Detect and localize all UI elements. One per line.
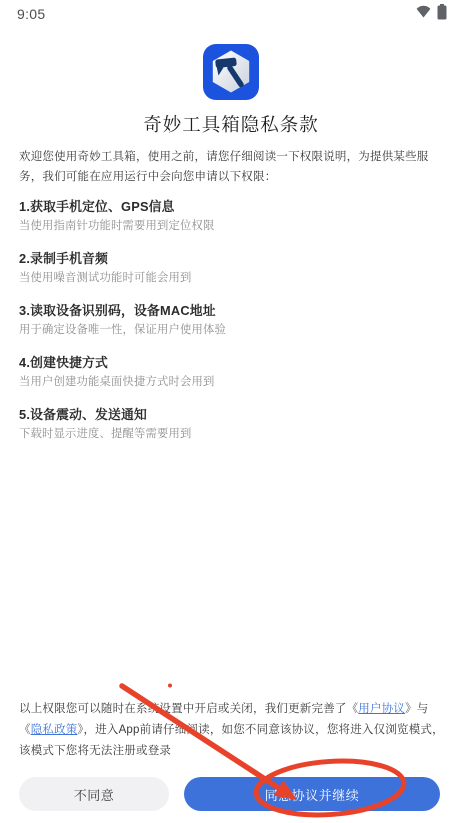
permission-desc: 当使用指南针功能时需要用到定位权限 xyxy=(19,217,447,236)
privacy-policy-link[interactable]: 隐私政策 xyxy=(31,724,78,736)
intro-text: 欢迎您使用奇妙工具箱，使用之前，请您仔细阅读一下权限说明，为提供某些服务，我们可… xyxy=(19,147,447,187)
permission-title: 5.设备震动、发送通知 xyxy=(19,405,447,425)
permission-item: 3.读取设备识别码，设备MAC地址 用于确定设备唯一性，保证用户使用体验 xyxy=(19,301,447,340)
agree-button[interactable]: 同意协议并继续 xyxy=(184,777,440,811)
page-title: 奇妙工具箱隐私条款 xyxy=(0,111,462,137)
permission-item: 4.创建快捷方式 当用户创建功能桌面快捷方式时会用到 xyxy=(19,353,447,392)
permission-item: 1.获取手机定位、GPS信息 当使用指南针功能时需要用到定位权限 xyxy=(19,197,447,236)
permission-title: 3.读取设备识别码，设备MAC地址 xyxy=(19,301,447,321)
permission-title: 1.获取手机定位、GPS信息 xyxy=(19,197,447,217)
footer-text-part1: 以上权限您可以随时在系统设置中开启或关闭，我们更新完善了《 xyxy=(19,703,358,715)
red-dot xyxy=(168,684,172,688)
permission-title: 4.创建快捷方式 xyxy=(19,353,447,373)
permission-desc: 当使用噪音测试功能时可能会用到 xyxy=(19,269,447,288)
permission-list: 1.获取手机定位、GPS信息 当使用指南针功能时需要用到定位权限 2.录制手机音… xyxy=(19,197,447,457)
status-icons xyxy=(416,4,447,25)
status-bar: 9:05 xyxy=(0,0,462,28)
disagree-button[interactable]: 不同意 xyxy=(19,777,169,811)
permission-item: 2.录制手机音频 当使用噪音测试功能时可能会用到 xyxy=(19,249,447,288)
privacy-terms-screen: 9:05 xyxy=(0,0,462,823)
wifi-icon xyxy=(416,5,431,23)
battery-icon xyxy=(437,4,447,25)
app-icon xyxy=(203,44,259,100)
status-time: 9:05 xyxy=(17,6,45,22)
permission-title: 2.录制手机音频 xyxy=(19,249,447,269)
user-agreement-link[interactable]: 用户协议 xyxy=(358,703,405,715)
permission-item: 5.设备震动、发送通知 下载时显示进度、提醒等需要用到 xyxy=(19,405,447,444)
permission-desc: 用于确定设备唯一性，保证用户使用体验 xyxy=(19,321,447,340)
permission-desc: 当用户创建功能桌面快捷方式时会用到 xyxy=(19,373,447,392)
permission-desc: 下载时显示进度、提醒等需要用到 xyxy=(19,425,447,444)
footer-text-part3: 》，进入App前请仔细阅读，如您不同意该协议，您将进入仅浏览模式，该模式下您将无… xyxy=(19,724,444,757)
footer-note: 以上权限您可以随时在系统设置中开启或关闭，我们更新完善了《用户协议》与《隐私政策… xyxy=(19,699,449,762)
